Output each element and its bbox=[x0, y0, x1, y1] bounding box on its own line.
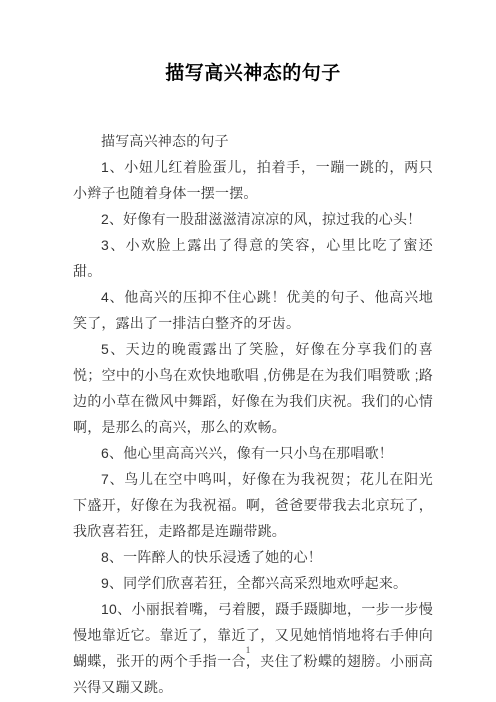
body-paragraph-sentence-6: 6、他心里高高兴兴，像有一只小鸟在那唱歌！ bbox=[73, 440, 433, 466]
page-number: 1 bbox=[246, 645, 251, 655]
body-paragraph-sentence-4: 4、他高兴的压抑不住心跳！优美的句子、他高兴地笑了，露出了一排洁白整齐的牙齿。 bbox=[73, 284, 433, 336]
body-paragraph-sentence-3: 3、小欢脸上露出了得意的笑容，心里比吃了蜜还甜。 bbox=[73, 232, 433, 284]
body-paragraph-intro: 描写高兴神态的句子 bbox=[73, 128, 433, 154]
body-paragraph-sentence-7: 7、鸟儿在空中鸣叫，好像在为我祝贺；花儿在阳光下盛开，好像在为我祝福。啊，爸爸要… bbox=[73, 466, 433, 544]
document-body: 描写高兴神态的句子 1、小妞儿红着脸蛋儿，拍着手，一蹦一跳的，两只小辫子也随着身… bbox=[73, 128, 433, 700]
body-paragraph-sentence-5: 5、天边的晚霞露出了笑脸，好像在分享我们的喜悦；空中的小鸟在欢快地歌唱 ,仿佛是… bbox=[73, 336, 433, 440]
body-paragraph-sentence-2: 2、好像有一股甜滋滋清凉凉的风，掠过我的心头！ bbox=[73, 206, 433, 232]
body-paragraph-sentence-8: 8、一阵醉人的快乐浸透了她的心！ bbox=[73, 544, 433, 570]
page-footer: 1 bbox=[0, 640, 496, 658]
document-page: 描写高兴神态的句子 描写高兴神态的句子 1、小妞儿红着脸蛋儿，拍着手，一蹦一跳的… bbox=[0, 0, 496, 702]
body-paragraph-sentence-1: 1、小妞儿红着脸蛋儿，拍着手，一蹦一跳的，两只小辫子也随着身体一摆一摆。 bbox=[73, 154, 433, 206]
body-paragraph-sentence-9: 9、同学们欣喜若狂，全都兴高采烈地欢呼起来。 bbox=[73, 570, 433, 596]
document-title: 描写高兴神态的句子 bbox=[73, 60, 433, 88]
